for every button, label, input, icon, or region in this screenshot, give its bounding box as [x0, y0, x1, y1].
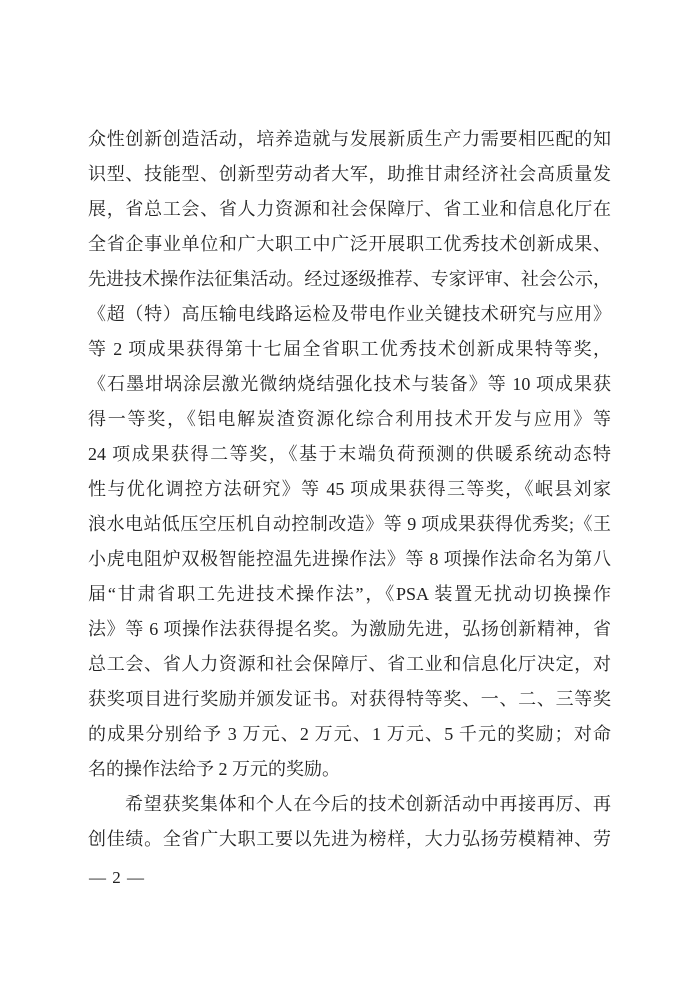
text-line: 浪水电站低压空压机自动控制改造》等 9 项成果获得优秀奖;《王	[88, 507, 611, 542]
document-page: { "meta": { "page_background": "#ffffff"…	[0, 0, 695, 983]
text-line: 名的操作法给予 2 万元的奖励。	[88, 752, 611, 787]
text-line: 先进技术操作法征集活动。经过逐级推荐、专家评审、社会公示，	[88, 262, 611, 297]
text-line: 的成果分别给予 3 万元、2 万元、1 万元、5 千元的奖励；对命	[88, 717, 611, 752]
page-number: — 2 —	[89, 865, 145, 891]
text-line: 24 项成果获得二等奖，《基于末端负荷预测的供暖系统动态特	[88, 437, 611, 472]
text-line: 小虎电阻炉双极智能控温先进操作法》等 8 项操作法命名为第八	[88, 542, 611, 577]
text-line: 性与优化调控方法研究》等 45 项成果获得三等奖，《岷县刘家	[88, 472, 611, 507]
text-line: 希望获奖集体和个人在今后的技术创新活动中再接再厉、再	[88, 787, 611, 822]
text-line: 全省企事业单位和广大职工中广泛开展职工优秀技术创新成果、	[88, 227, 611, 262]
text-line: 《超（特）高压输电线路运检及带电作业关键技术研究与应用》	[88, 297, 611, 332]
text-line: 获奖项目进行奖励并颁发证书。对获得特等奖、一、二、三等奖	[88, 682, 611, 717]
text-line: 众性创新创造活动，培养造就与发展新质生产力需要相匹配的知	[88, 122, 611, 157]
body-text: 众性创新创造活动，培养造就与发展新质生产力需要相匹配的知识型、技能型、创新型劳动…	[88, 122, 611, 857]
text-line: 总工会、省人力资源和社会保障厅、省工业和信息化厅决定，对	[88, 647, 611, 682]
text-line: 法》等 6 项操作法获得提名奖。为激励先进，弘扬创新精神，省	[88, 612, 611, 647]
text-line: 《石墨坩埚涂层激光微纳烧结强化技术与装备》等 10 项成果获	[88, 367, 611, 402]
text-line: 等 2 项成果获得第十七届全省职工优秀技术创新成果特等奖，	[88, 332, 611, 367]
text-line: 展，省总工会、省人力资源和社会保障厅、省工业和信息化厅在	[88, 192, 611, 227]
text-line: 创佳绩。全省广大职工要以先进为榜样，大力弘扬劳模精神、劳	[88, 822, 611, 857]
text-line: 得一等奖，《铝电解炭渣资源化综合利用技术开发与应用》等	[88, 402, 611, 437]
text-line: 识型、技能型、创新型劳动者大军，助推甘肃经济社会高质量发	[88, 157, 611, 192]
text-line: 届“甘肃省职工先进技术操作法”，《PSA 装置无扰动切换操作	[88, 577, 611, 612]
